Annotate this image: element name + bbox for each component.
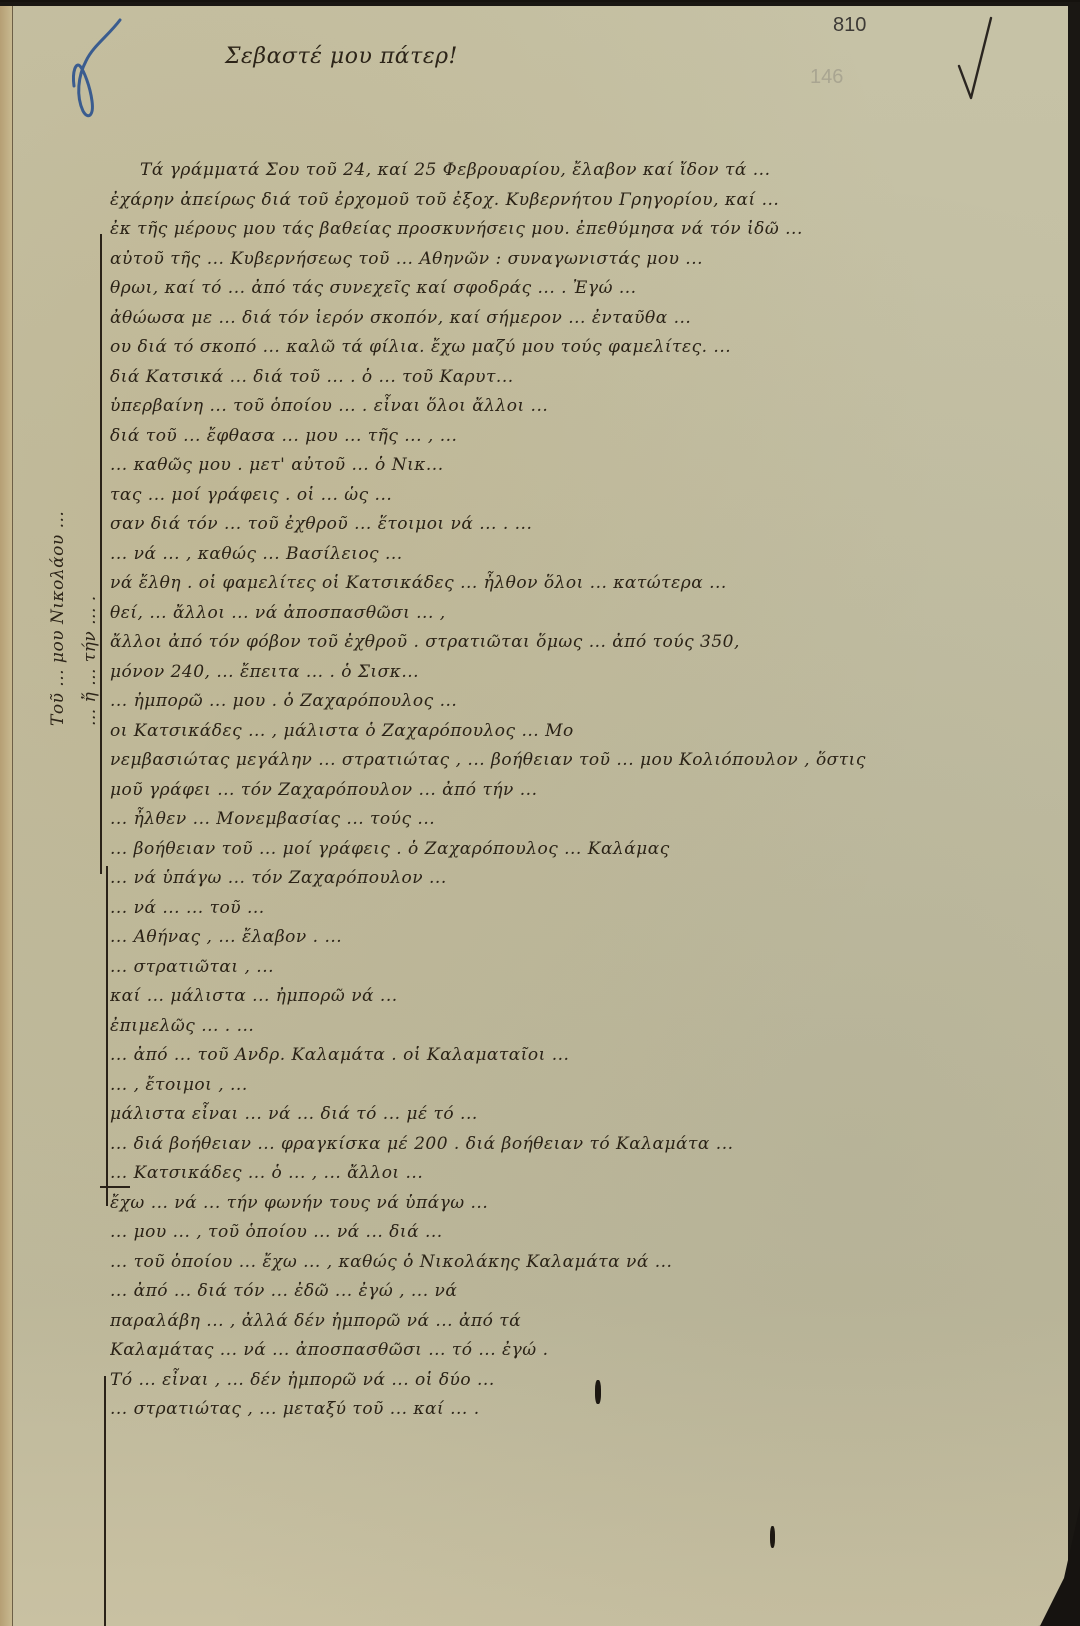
body-line: ... στρατιώτας , ... μεταξύ τοῦ ... καί … [110,1395,1070,1425]
body-line: μόνον 240, ... ἔπειτα ... . ὁ Σισκ... [110,658,1070,688]
salutation: Σεβαστέ μου πάτερ! [225,44,458,69]
body-line: νεμβασιώτας μεγάλην ... στρατιώτας , ...… [110,746,1070,776]
body-line: ... ἀπό ... τοῦ Ανδρ. Καλαμάτα . οἱ Καλα… [110,1041,1070,1071]
body-line: σαν διά τόν ... τοῦ ἐχθροῦ ... ἕτοιμοι ν… [110,510,1070,540]
body-line: ... νά ... ... τοῦ ... [110,894,1070,924]
body-line: ... νά ὑπάγω ... τόν Ζαχαρόπουλον ... [110,864,1070,894]
body-line: ἐκ τῆς μέρους μου τάς βαθείας προσκυνήσε… [110,215,1070,245]
scan-top-edge [0,0,1080,2]
body-line: διά Κατσικά ... διά τοῦ ... . ὁ ... τοῦ … [110,363,1070,393]
body-line: ὑπερβαίνη ... τοῦ ὁποίου ... . εἶναι ὅλο… [110,392,1070,422]
margin-note-line: Τοῦ ... μου Νικολάου ... [42,256,74,726]
margin-rule-lower [104,1376,106,1626]
body-line: ... Κατσικάδες ... ὁ ... , ... ἄλλοι ... [110,1159,1070,1189]
margin-note-line: ... ἤ ... τήν ... . [74,256,106,726]
body-line: ἐχάρην ἀπείρως διά τοῦ ἐρχομοῦ τοῦ ἐξοχ.… [110,186,1070,216]
manuscript-page: 810 146 Σεβαστέ μου πάτερ! Τοῦ ... μου Ν… [0,6,1068,1626]
body-line: ... ἦλθεν ... Μονεμβασίας ... τούς ... [110,805,1070,835]
body-line: θεί, ... ἄλλοι ... νά ἀποσπασθῶσι ... , [110,599,1070,629]
body-line: ... , ἔτοιμοι , ... [110,1071,1070,1101]
ink-blot [595,1380,601,1404]
body-line: ... καθῶς μου . μετ' αὐτοῦ ... ὁ Νικ... [110,451,1070,481]
body-line: ... διά βοήθειαν ... φραγκίσκα μέ 200 . … [110,1130,1070,1160]
body-line: ... στρατιῶται , ... [110,953,1070,983]
binding-edge [0,6,13,1626]
body-line: ... μου ... , τοῦ ὁποίου ... νά ... διά … [110,1218,1070,1248]
body-line: ... Αθήνας , ... ἔλαβον . ... [110,923,1070,953]
check-mark-icon [955,16,995,101]
body-line: ου διά τό σκοπό ... καλῶ τά φίλια. ἔχω μ… [110,333,1070,363]
body-line: μοῦ γράφει ... τόν Ζαχαρόπουλον ... ἀπό … [110,776,1070,806]
old-folio-number: 146 [810,66,843,89]
body-line: διά τοῦ ... ἔφθασα ... μου ... τῆς ... ,… [110,422,1070,452]
body-line: οι Κατσικάδες ... , μάλιστα ὁ Ζαχαρόπουλ… [110,717,1070,747]
letter-body: Τά γράμματά Σου τοῦ 24, καί 25 Φεβρουαρί… [110,156,1070,1454]
body-line: ... βοήθειαν τοῦ ... μοί γράφεις . ὁ Ζαχ… [110,835,1070,865]
body-line: ἔχω ... νά ... τήν φωνήν τους νά ὑπάγω .… [110,1189,1070,1219]
body-line [110,1425,1070,1455]
body-line: ἄλλοι ἀπό τόν φόβον τοῦ ἐχθροῦ . στρατιῶ… [110,628,1070,658]
body-line: μάλιστα εἶναι ... νά ... διά τό ... μέ τ… [110,1100,1070,1130]
body-line: παραλάβη ... , ἀλλά δέν ἠμπορῶ νά ... ἀπ… [110,1307,1070,1337]
body-line: Καλαμάτας ... νά ... ἀποσπασθῶσι ... τό … [110,1336,1070,1366]
body-line: θρωι, καί τό ... ἀπό τάς συνεχεῖς καί σφ… [110,274,1070,304]
folio-number: 810 [833,14,866,37]
body-line: ... τοῦ ὁποίου ... ἔχω ... , καθώς ὁ Νικ… [110,1248,1070,1278]
body-line: ... ἠμπορῶ ... μου . ὁ Ζαχαρόπουλος ... [110,687,1070,717]
body-line: Τά γράμματά Σου τοῦ 24, καί 25 Φεβρουαρί… [110,156,1070,186]
body-line: Τό ... εἶναι , ... δέν ἠμπορῶ νά ... οἱ … [110,1366,1070,1396]
body-line: ... νά ... , καθώς ... Βασίλειος ... [110,540,1070,570]
ink-blot [770,1526,775,1548]
body-line: ... ἀπό ... διά τόν ... ἐδῶ ... ἐγώ , ..… [110,1277,1070,1307]
blue-pencil-mark-icon [58,16,128,126]
body-line: αὐτοῦ τῆς ... Κυβερνήσεως τοῦ ... Αθηνῶν… [110,245,1070,275]
body-line: ἐπιμελῶς ... . ... [110,1012,1070,1042]
body-line: ἀθώωσα με ... διά τόν ἱερόν σκοπόν, καί … [110,304,1070,334]
body-line: τας ... μοί γράφεις . οἱ ... ὡς ... [110,481,1070,511]
margin-rule-middle [106,866,108,1206]
body-line: καί ... μάλιστα ... ἠμπορῶ νά ... [110,982,1070,1012]
body-line: νά ἔλθη . οἱ φαμελίτες οἱ Κατσικάδες ...… [110,569,1070,599]
